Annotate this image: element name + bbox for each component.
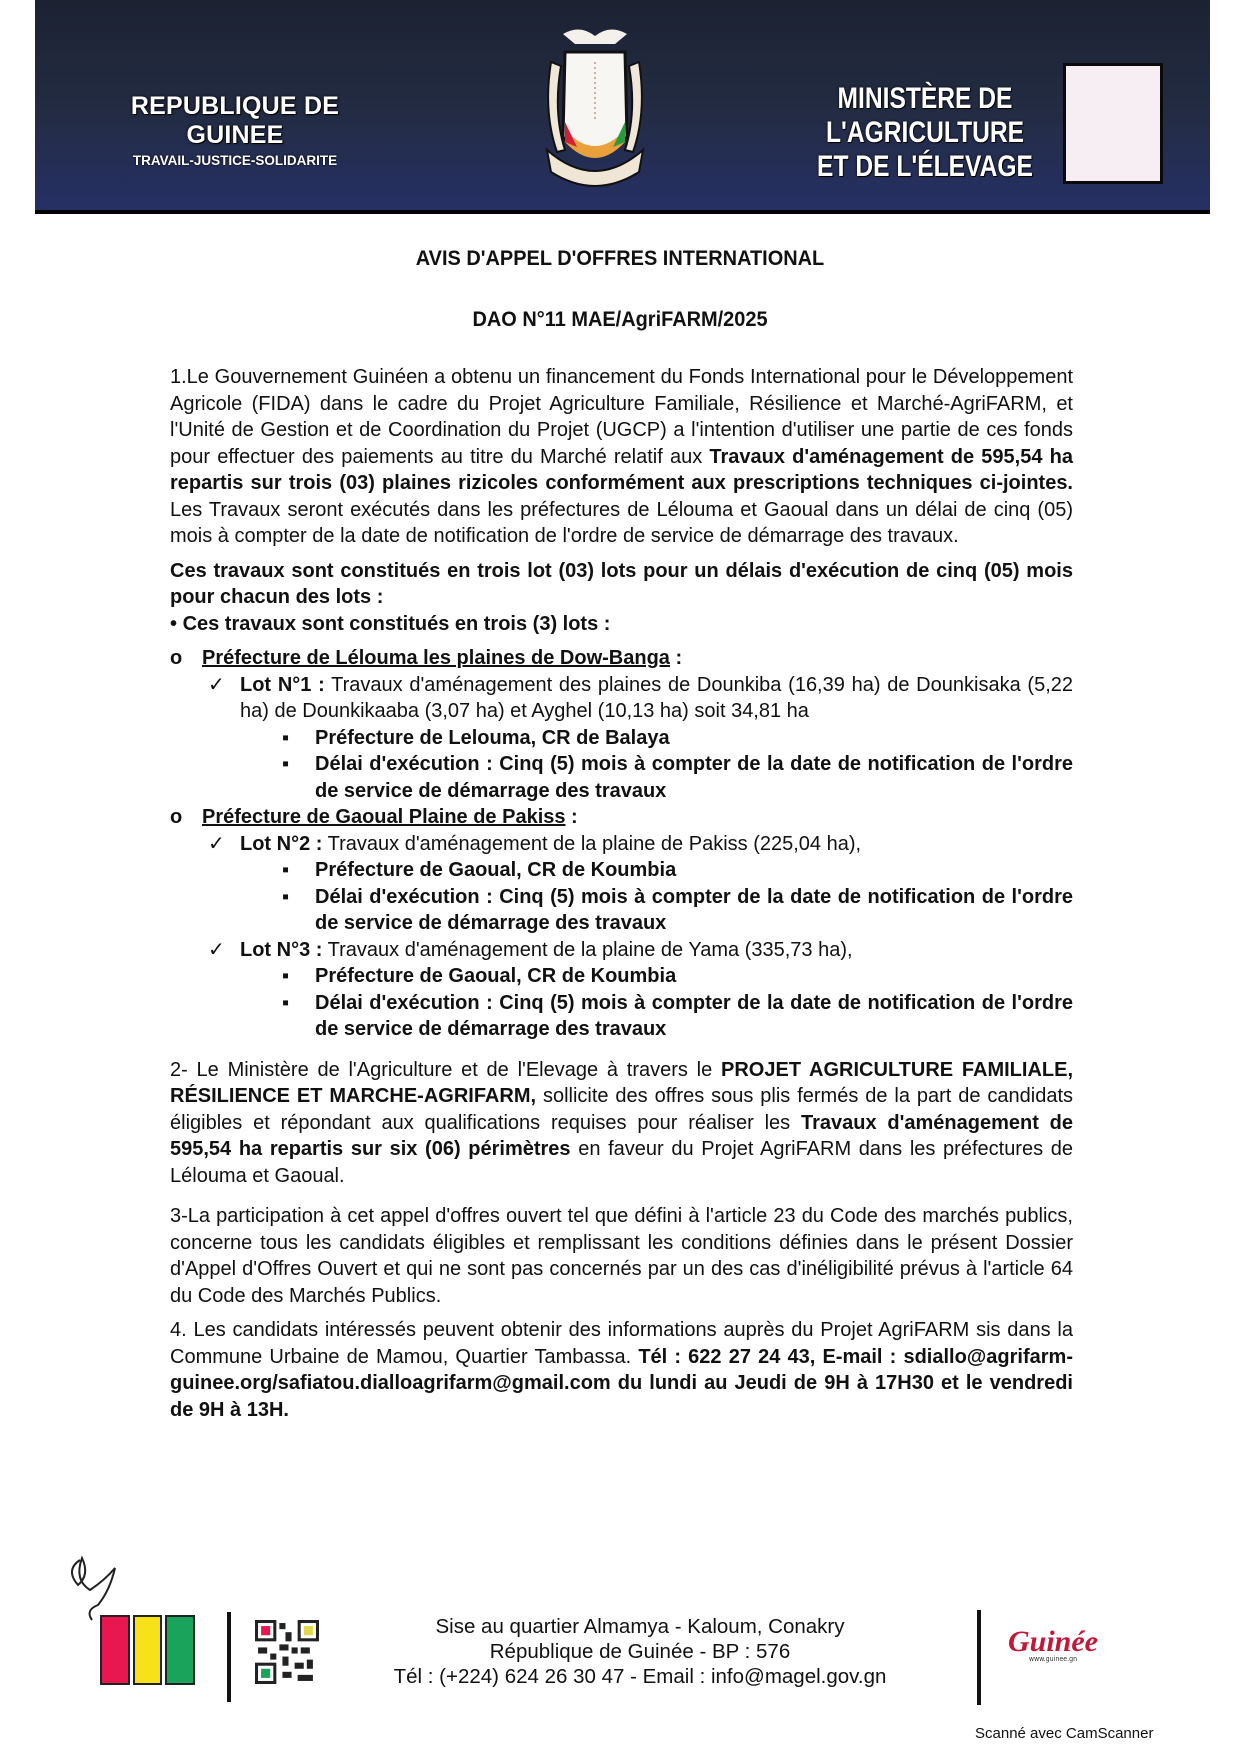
- qr-code-icon[interactable]: [255, 1620, 319, 1684]
- paragraph-2: 2- Le Ministère de l'Agriculture et de l…: [170, 1057, 1073, 1190]
- square-bullet-icon: ▪: [282, 751, 289, 778]
- square-bullet-icon: ▪: [282, 725, 289, 752]
- checkmark-icon: ✓: [208, 831, 225, 858]
- lot-1: ✓ Lot N°1 : Travaux d'aménagement des pl…: [170, 672, 1073, 725]
- lot-3-detail: ▪ Délai d'exécution : Cinq (5) mois à co…: [170, 990, 1073, 1043]
- flag-yellow-stripe: [133, 1615, 163, 1685]
- flag-red-stripe: [100, 1615, 130, 1685]
- republic-title: REPUBLIQUE DE GUINEE: [90, 92, 380, 150]
- document-title: AVIS D'APPEL D'OFFRES INTERNATIONAL: [31, 247, 1209, 271]
- footer-address: Sise au quartier Almamya - Kaloum, Conak…: [330, 1614, 950, 1689]
- lot-1-detail: ▪ Préfecture de Lelouma, CR de Balaya: [170, 725, 1073, 752]
- coat-of-arms-icon: [535, 22, 655, 192]
- square-bullet-icon: ▪: [282, 990, 289, 1017]
- header-banner: REPUBLIQUE DE GUINEE TRAVAIL-JUSTICE-SOL…: [35, 0, 1210, 214]
- circle-bullet-icon: o: [170, 804, 182, 831]
- square-bullet-icon: ▪: [282, 963, 289, 990]
- lot-1-detail: ▪ Délai d'exécution : Cinq (5) mois à co…: [170, 751, 1073, 804]
- paragraph-1: 1.Le Gouvernement Guinéen a obtenu un fi…: [170, 364, 1073, 550]
- lot-3: ✓ Lot N°3 : Travaux d'aménagement de la …: [170, 937, 1073, 964]
- checkmark-icon: ✓: [208, 672, 225, 699]
- checkmark-icon: ✓: [208, 937, 225, 964]
- lots-intro: Ces travaux sont constitués en trois lot…: [170, 558, 1073, 611]
- guinea-flag: [100, 1615, 195, 1685]
- lots-bullet: • Ces travaux sont constitués en trois (…: [170, 611, 1073, 638]
- footer-divider: [227, 1612, 231, 1702]
- paragraph-3: 3-La participation à cet appel d'offres …: [170, 1203, 1073, 1309]
- lot-2-detail: ▪ Délai d'exécution : Cinq (5) mois à co…: [170, 884, 1073, 937]
- republic-motto: TRAVAIL-JUSTICE-SOLIDARITE: [90, 153, 380, 168]
- document-body: 1.Le Gouvernement Guinéen a obtenu un fi…: [170, 364, 1073, 1423]
- ministry-title: MINISTÈRE DE L'AGRICULTURE ET DE L'ÉLEVA…: [773, 82, 1076, 184]
- guinee-brand-logo: Guinée www.guinee.gn: [1003, 1625, 1103, 1663]
- prefecture-lelouma: o Préfecture de Lélouma les plaines de D…: [170, 645, 1073, 672]
- square-bullet-icon: ▪: [282, 857, 289, 884]
- lot-2: ✓ Lot N°2 : Travaux d'aménagement de la …: [170, 831, 1073, 858]
- lot-3-detail: ▪ Préfecture de Gaoual, CR de Koumbia: [170, 963, 1073, 990]
- ministry-logo: [1063, 63, 1163, 184]
- square-bullet-icon: ▪: [282, 884, 289, 911]
- prefecture-gaoual: o Préfecture de Gaoual Plaine de Pakiss …: [170, 804, 1073, 831]
- republic-block: REPUBLIQUE DE GUINEE TRAVAIL-JUSTICE-SOL…: [90, 92, 380, 168]
- document-reference: DAO N°11 MAE/AgriFARM/2025: [31, 308, 1209, 332]
- camscanner-watermark: Scanné avec CamScanner: [975, 1725, 1153, 1742]
- circle-bullet-icon: o: [170, 645, 182, 672]
- footer-divider: [977, 1610, 981, 1705]
- paragraph-4: 4. Les candidats intéressés peuvent obte…: [170, 1317, 1073, 1423]
- flag-green-stripe: [165, 1615, 195, 1685]
- lot-2-detail: ▪ Préfecture de Gaoual, CR de Koumbia: [170, 857, 1073, 884]
- signature-icon: [60, 1550, 130, 1625]
